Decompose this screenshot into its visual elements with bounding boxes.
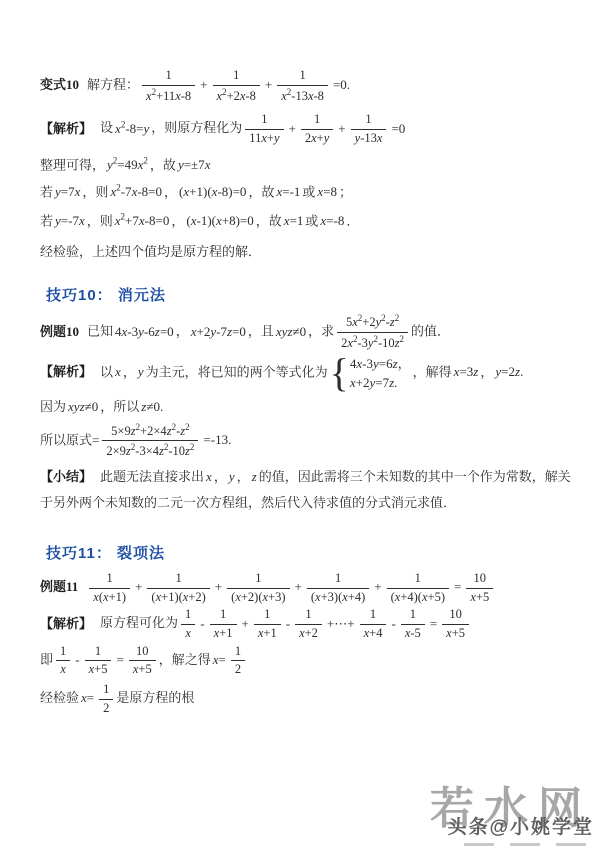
text-run: 是原方程的根 (116, 690, 194, 705)
watermark-caption-marks (464, 843, 586, 846)
fraction-numerator: 1 (99, 682, 113, 700)
text-run: 经检验，上述四个值均是原方程的解． (40, 244, 261, 259)
equation-system-rows: 4x-3y=6z，x+2y=7z. (350, 354, 411, 393)
text-run: ， (480, 364, 493, 379)
math-run: x (206, 469, 212, 484)
fraction-denominator: (x+4)(x+5) (387, 589, 449, 606)
math-run: x= (213, 652, 226, 667)
math-run: x=3z (454, 364, 479, 379)
text-run: ． (346, 213, 359, 228)
math-run: x= (81, 690, 94, 705)
math-run: - (200, 616, 204, 631)
math-run: =-13. (203, 432, 231, 447)
math-run: x2-7x-8=0 (110, 184, 162, 199)
fraction: 1(x+4)(x+5) (387, 571, 449, 605)
fraction-numerator: 1 (227, 571, 289, 589)
fraction-numerator: 1 (295, 607, 322, 625)
fraction: 12 (99, 682, 113, 716)
fraction-numerator: 1 (254, 607, 281, 625)
math-run: xyz≠0 (276, 324, 306, 339)
technique-heading: 技巧10： 消元法 (40, 284, 582, 305)
math-run: x=-8 (320, 213, 344, 228)
math-run: y (229, 469, 235, 484)
math-line: 因为xyz≠0，所以z≠0. (40, 395, 582, 420)
text-run: 设 (100, 121, 113, 136)
math-run: + (374, 579, 381, 594)
math-run: x (115, 364, 121, 379)
text-run: ，所以 (100, 399, 139, 414)
math-line: 例题111x(x+1)+1(x+1)(x+2)+1(x+2)(x+3)+1(x+… (40, 571, 582, 605)
fraction-denominator: 2x2-3y2-10z2 (337, 333, 408, 352)
math-run: x+2y-7z=0 (191, 324, 246, 339)
fraction-denominator: 2 (231, 661, 245, 678)
text-run: ， (237, 469, 250, 484)
math-run: +⋯+ (327, 616, 355, 631)
math-line: 例题10已知4x-3y-6z=0，x+2y-7z=0，且xyz≠0，求5x2+2… (40, 313, 582, 352)
fraction-numerator: 1 (301, 112, 333, 130)
text-run: 以 (100, 364, 113, 379)
math-run: + (200, 77, 207, 92)
problem-label: 【解析】 (40, 121, 92, 136)
fraction-denominator: x+4 (360, 625, 387, 642)
text-run: 或 (305, 213, 318, 228)
fraction: 10x+5 (129, 644, 156, 678)
fraction: 1(x+1)(x+2) (147, 571, 209, 605)
problem-label: 例题11 (40, 579, 78, 594)
fraction: 12 (231, 644, 245, 678)
problem-label: 【小结】 (40, 469, 92, 484)
math-line: 【解析】原方程可化为1x-1x+1+1x+1-1x+2+⋯+1x+4-1x-5=… (40, 607, 582, 641)
technique-heading: 技巧11： 裂项法 (40, 542, 582, 563)
fraction-denominator: x (181, 625, 195, 642)
caption-mark (464, 843, 494, 846)
fraction-numerator: 1 (307, 571, 369, 589)
fraction: 1x+1 (210, 607, 237, 641)
text-run: ，则 (82, 184, 108, 199)
math-line: 【解析】设x2-8=y，则原方程化为111x+y+12x+y+1y-13x=0 (40, 112, 582, 146)
fraction-denominator: x2+2x-8 (213, 86, 260, 105)
fraction-numerator: 10 (442, 607, 469, 625)
math-run: + (135, 579, 142, 594)
fraction-denominator: 2x+y (301, 130, 333, 147)
paragraph: 【小结】此题无法直接求出x，y，z的值，因此需将三个未知数的其中一个作为常数，解… (40, 464, 582, 516)
document-body: 变式10解方程：1x2+11x-8+1x2+2x-8+1x2-13x-8=0.【… (0, 0, 600, 716)
math-run: y=7x (55, 184, 80, 199)
fraction-numerator: 1 (85, 644, 112, 662)
fraction: 1x+1 (254, 607, 281, 641)
fraction-denominator: (x+3)(x+4) (307, 589, 369, 606)
fraction: 10x+5 (442, 607, 469, 641)
text-run: 的值． (411, 324, 450, 339)
system-row: 4x-3y=6z， (350, 354, 411, 374)
math-run: x2+7x-8=0 (115, 213, 170, 228)
math-run: - (75, 652, 79, 667)
text-run: 即 (40, 652, 53, 667)
math-run: z≠0. (141, 399, 163, 414)
text-run: 若 (40, 184, 53, 199)
fraction-numerator: 1 (231, 644, 245, 662)
fraction-numerator: 1 (147, 571, 209, 589)
math-run: + (265, 77, 272, 92)
text-run: ，故 (248, 184, 274, 199)
text-run: 因为 (40, 399, 66, 414)
math-line: 经检验，上述四个值均是原方程的解． (40, 240, 582, 265)
math-run: - (286, 616, 290, 631)
fraction-denominator: y-13x (351, 130, 387, 147)
text-run: 已知 (87, 324, 113, 339)
fraction-denominator: (x+1)(x+2) (147, 589, 209, 606)
fraction-denominator: (x+2)(x+3) (227, 589, 289, 606)
fraction: 1x+5 (85, 644, 112, 678)
problem-label: 【解析】 (40, 616, 92, 631)
fraction-numerator: 10 (129, 644, 156, 662)
problem-label: 【解析】 (40, 364, 92, 379)
fraction-denominator: x+1 (210, 625, 237, 642)
math-run: y (138, 364, 144, 379)
fraction-denominator: x2-13x-8 (277, 86, 328, 105)
fraction-denominator: x+5 (85, 661, 112, 678)
fraction-denominator: x (56, 661, 70, 678)
fraction-numerator: 1 (213, 68, 260, 86)
text-run: ，解得 (413, 364, 452, 379)
math-run: + (215, 579, 222, 594)
fraction-numerator: 10 (466, 571, 493, 589)
text-run: 经检验 (40, 690, 79, 705)
fraction-denominator: x+1 (254, 625, 281, 642)
math-run: x2-8=y (115, 121, 149, 136)
fraction: 1x+4 (360, 607, 387, 641)
math-line: 经检验x=12是原方程的根 (40, 682, 582, 716)
fraction: 1x2+2x-8 (213, 68, 260, 104)
fraction-numerator: 1 (56, 644, 70, 662)
math-line: 即1x-1x+5=10x+5，解之得x=12 (40, 644, 582, 678)
math-run: = (430, 616, 437, 631)
math-line: 若y=7x，则x2-7x-8=0，(x+1)(x-8)=0，故x=-1或x=8； (40, 180, 582, 205)
math-run: y2=49x2 (107, 157, 148, 172)
math-run: (x+1)(x-8)=0 (179, 184, 246, 199)
fraction-numerator: 1 (181, 607, 195, 625)
brace-icon: { (330, 355, 349, 391)
text-run: ， (171, 213, 184, 228)
fraction-numerator: 1 (142, 68, 195, 86)
watermark: 若水网 头条@小姚学堂 (356, 769, 596, 847)
math-run: = (454, 579, 461, 594)
text-run: ， (123, 364, 136, 379)
fraction: 1(x+2)(x+3) (227, 571, 289, 605)
problem-label: 变式10 (40, 77, 79, 92)
math-run: =0 (391, 121, 405, 136)
problem-label: 例题10 (40, 324, 79, 339)
fraction-numerator: 1 (245, 112, 283, 130)
fraction-numerator: 5×9z2+2×4z2-z2 (102, 422, 198, 442)
fraction: 1y-13x (351, 112, 387, 146)
fraction-denominator: 2×9z2-3×4z2-10z2 (102, 441, 198, 460)
text-run: ，则原方程化为 (151, 121, 242, 136)
fraction-numerator: 1 (401, 607, 425, 625)
math-run: + (242, 616, 249, 631)
fraction: 5×9z2+2×4z2-z22×9z2-3×4z2-10z2 (102, 422, 198, 461)
fraction-denominator: x+5 (129, 661, 156, 678)
caption-mark (556, 843, 586, 846)
fraction: 1x (56, 644, 70, 678)
math-line: 【解析】以x，y为主元，将已知的两个等式化为{4x-3y=6z，x+2y=7z.… (40, 354, 582, 393)
fraction: 111x+y (245, 112, 283, 146)
fraction-denominator: x-5 (401, 625, 425, 642)
math-run: y=-7x (55, 213, 85, 228)
fraction-denominator: x(x+1) (89, 589, 130, 606)
fraction: 1x+2 (295, 607, 322, 641)
text-run: ，则 (87, 213, 113, 228)
text-run: 此题无法直接求出 (100, 469, 204, 484)
fraction: 1x(x+1) (89, 571, 130, 605)
math-run: y=±7x (178, 157, 211, 172)
text-run: 整理可得， (40, 157, 105, 172)
math-run: =0. (333, 77, 350, 92)
text-run: ，求 (308, 324, 334, 339)
text-run: ，解之得 (159, 652, 211, 667)
fraction-denominator: x+2 (295, 625, 322, 642)
fraction-numerator: 1 (89, 571, 130, 589)
math-run: (x-1)(x+8)=0 (186, 213, 253, 228)
fraction: 12x+y (301, 112, 333, 146)
text-run: 若 (40, 213, 53, 228)
text-run: ， (176, 324, 189, 339)
math-run: 4x-3y-6z=0 (115, 324, 174, 339)
fraction-denominator: x2+11x-8 (142, 86, 195, 105)
math-run: x=-1 (276, 184, 300, 199)
math-run: + (295, 579, 302, 594)
text-run: ， (214, 469, 227, 484)
text-run: ，故 (256, 213, 282, 228)
text-run: 所以原式= (40, 432, 99, 447)
math-run: y=2z. (495, 364, 523, 379)
fraction-numerator: 1 (360, 607, 387, 625)
fraction: 1x-5 (401, 607, 425, 641)
math-run: x=1 (284, 213, 304, 228)
caption-mark (510, 843, 540, 846)
text-run: ； (339, 184, 352, 199)
fraction: 5x2+2y2-z22x2-3y2-10z2 (337, 313, 408, 352)
math-line: 若y=-7x，则x2+7x-8=0，(x-1)(x+8)=0，故x=1或x=-8… (40, 209, 582, 234)
equation-system: {4x-3y=6z，x+2y=7z. (330, 354, 411, 393)
fraction-numerator: 5x2+2y2-z2 (337, 313, 408, 333)
math-run: x=8 (317, 184, 337, 199)
math-line: 所以原式=5×9z2+2×4z2-z22×9z2-3×4z2-10z2=-13. (40, 422, 582, 461)
text-run: 解方程： (87, 77, 139, 92)
math-run: = (116, 652, 123, 667)
math-line: 变式10解方程：1x2+11x-8+1x2+2x-8+1x2-13x-8=0. (40, 68, 582, 104)
text-run: ，且 (248, 324, 274, 339)
fraction: 10x+5 (466, 571, 493, 605)
fraction-denominator: 11x+y (245, 130, 283, 147)
text-run: 或 (302, 184, 315, 199)
math-run: + (289, 121, 296, 136)
math-run: + (338, 121, 345, 136)
text-run: 为主元，将已知的两个等式化为 (146, 364, 328, 379)
text-run: ，故 (150, 157, 176, 172)
fraction: 1x2+11x-8 (142, 68, 195, 104)
fraction: 1x (181, 607, 195, 641)
fraction: 1x2-13x-8 (277, 68, 328, 104)
text-run: ， (164, 184, 177, 199)
fraction-numerator: 1 (351, 112, 387, 130)
math-run: z (252, 469, 257, 484)
fraction-denominator: x+5 (466, 589, 493, 606)
fraction-denominator: x+5 (442, 625, 469, 642)
system-row: x+2y=7z. (350, 373, 411, 393)
fraction-numerator: 1 (210, 607, 237, 625)
math-run: xyz≠0 (68, 399, 98, 414)
math-line: 整理可得，y2=49x2，故y=±7x (40, 153, 582, 178)
fraction: 1(x+3)(x+4) (307, 571, 369, 605)
math-run: - (391, 616, 395, 631)
text-run: 原方程可化为 (100, 616, 178, 631)
watermark-credit: 头条@小姚学堂 (447, 818, 594, 837)
fraction-numerator: 1 (277, 68, 328, 86)
fraction-numerator: 1 (387, 571, 449, 589)
fraction-denominator: 2 (99, 700, 113, 717)
